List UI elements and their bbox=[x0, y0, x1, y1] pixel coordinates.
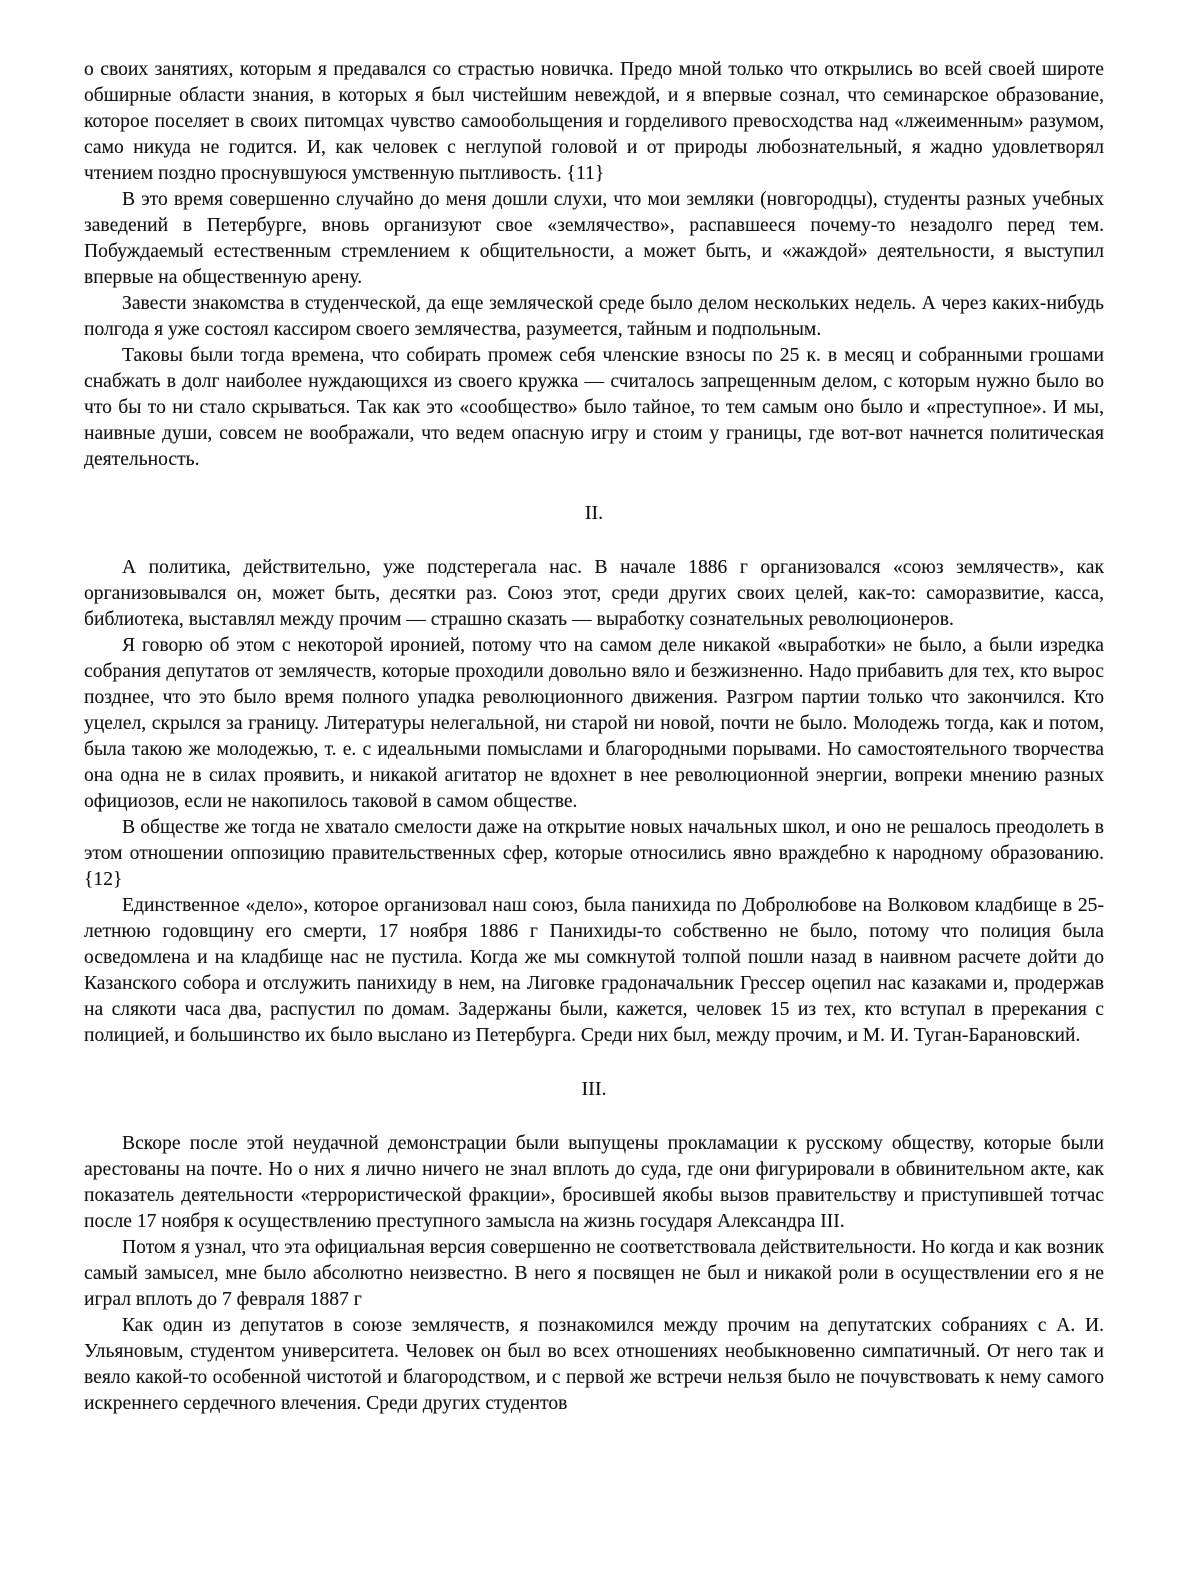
paragraph: А политика, действительно, уже подстерег… bbox=[84, 555, 1104, 633]
paragraph: Таковы были тогда времена, что собирать … bbox=[84, 343, 1104, 473]
paragraph: Потом я узнал, что эта официальная верси… bbox=[84, 1235, 1104, 1313]
paragraph: В обществе же тогда не хватало смелости … bbox=[84, 815, 1104, 893]
paragraph: Вскоре после этой неудачной демонстрации… bbox=[84, 1131, 1104, 1235]
section-heading-iii: III. bbox=[84, 1076, 1104, 1102]
paragraph: о своих занятиях, которым я предавался с… bbox=[84, 57, 1104, 187]
paragraph: Завести знакомства в студенческой, да ещ… bbox=[84, 291, 1104, 343]
section-heading-ii: II. bbox=[84, 500, 1104, 526]
scanned-book-page: о своих занятиях, которым я предавался с… bbox=[0, 0, 1191, 1588]
paragraph: Я говорю об этом с некоторой иронией, по… bbox=[84, 633, 1104, 815]
paragraph: Единственное «дело», которое организовал… bbox=[84, 893, 1104, 1049]
paragraph: В это время совершенно случайно до меня … bbox=[84, 187, 1104, 291]
paragraph: Как один из депутатов в союзе землячеств… bbox=[84, 1313, 1104, 1417]
